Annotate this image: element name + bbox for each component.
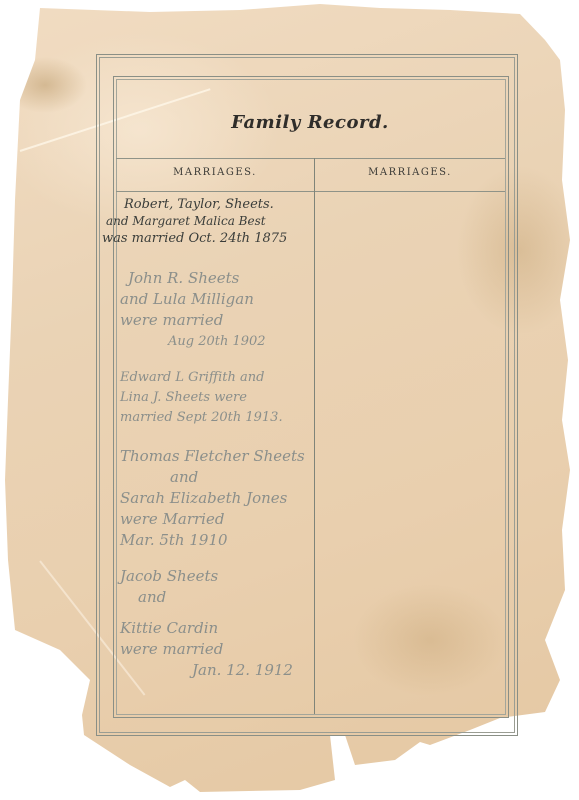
- entry-line: Edward L Griffith and: [120, 368, 316, 388]
- entry-line: were married: [120, 639, 316, 660]
- entry-line: Kittie Cardin: [120, 618, 316, 639]
- entry-line: Jacob Sheets: [120, 566, 316, 587]
- entry-line: Mar. 5th 1910: [120, 530, 316, 551]
- entry-line: Thomas Fletcher Sheets: [120, 446, 316, 467]
- marriage-entry-robert-sheets: Robert, Taylor, Sheets. and Margaret Mal…: [120, 196, 316, 247]
- entry-line: was married Oct. 24th 1875: [102, 230, 316, 247]
- entry-line: were Married: [120, 509, 316, 530]
- marriage-entry-edward-griffith: Edward L Griffith and Lina J. Sheets wer…: [120, 368, 316, 428]
- page-title: Family Record.: [113, 112, 507, 133]
- marriage-entry-thomas-sheets: Thomas Fletcher Sheets and Sarah Elizabe…: [120, 446, 316, 551]
- entry-line: and Lula Milligan: [120, 289, 316, 310]
- entry-line: married Sept 20th 1913.: [120, 408, 316, 428]
- entry-line: Lina J. Sheets were: [120, 388, 316, 408]
- entry-line: Aug 20th 1902: [120, 331, 316, 352]
- marriages-column-header-left: MARRIAGES.: [116, 167, 314, 178]
- entry-line: Robert, Taylor, Sheets.: [120, 196, 316, 213]
- entry-line: and: [120, 587, 316, 608]
- entry-line: John R. Sheets: [120, 268, 316, 289]
- entry-line: and Margaret Malica Best: [106, 213, 316, 230]
- marriages-column-header-right: MARRIAGES.: [315, 167, 505, 178]
- marriage-entry-jacob-sheets: Jacob Sheets and Kittie Cardin were marr…: [120, 566, 316, 681]
- marriage-entry-john-sheets: John R. Sheets and Lula Milligan were ma…: [120, 268, 316, 352]
- entry-line: and: [120, 467, 316, 488]
- entry-line: were married: [120, 310, 316, 331]
- entry-line: Sarah Elizabeth Jones: [120, 488, 316, 509]
- entry-line: Jan. 12. 1912: [120, 660, 316, 681]
